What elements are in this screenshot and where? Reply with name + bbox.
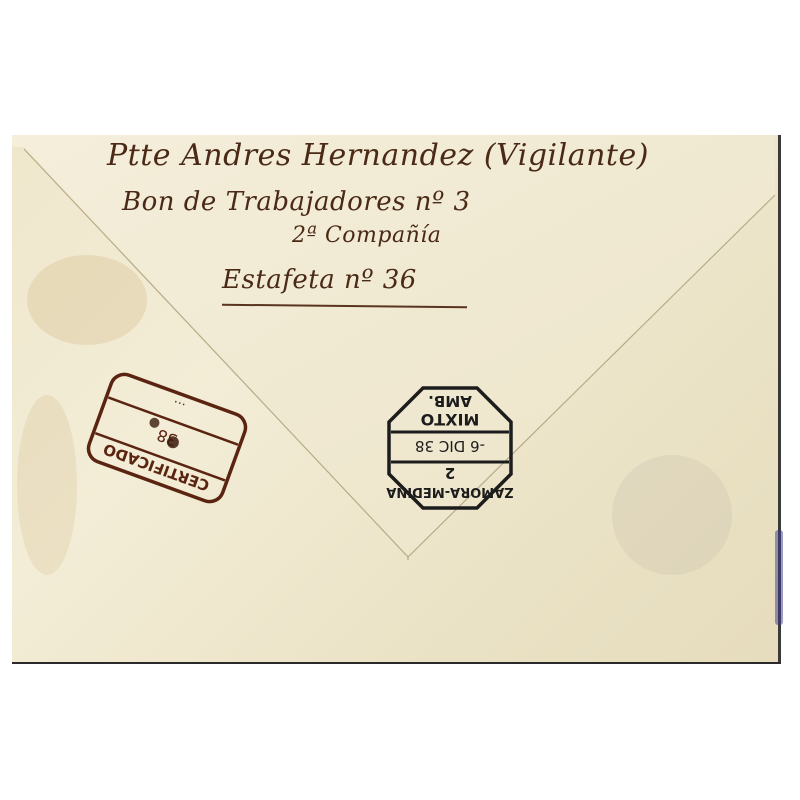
stain	[17, 395, 77, 575]
sender-company: 2ª Compañía	[292, 223, 441, 248]
stain	[27, 255, 147, 345]
envelope-back: Ptte Andres Hernandez (Vigilante) Bon de…	[12, 135, 781, 662]
postmark-type: AMB.	[428, 392, 472, 410]
postmark-number: 2	[445, 464, 455, 482]
registered-place: ...	[170, 396, 187, 414]
sender-unit: Bon de Trabajadores nº 3	[122, 187, 471, 217]
blue-ink-mark	[775, 530, 783, 625]
sender-post-office: Estafeta nº 36	[222, 265, 417, 295]
postmark-route: ZAMORA-MEDINA	[386, 484, 513, 499]
stain	[612, 455, 732, 575]
postmark-date: -6 DIC 38	[415, 437, 485, 455]
postmark-service: MIXTO	[421, 410, 480, 429]
octagonal-postmark: ZAMORA-MEDINA 2 -6 DIC 38 MIXTO AMB.	[385, 384, 515, 512]
sender-name: Ptte Andres Hernandez (Vigilante)	[107, 138, 649, 173]
